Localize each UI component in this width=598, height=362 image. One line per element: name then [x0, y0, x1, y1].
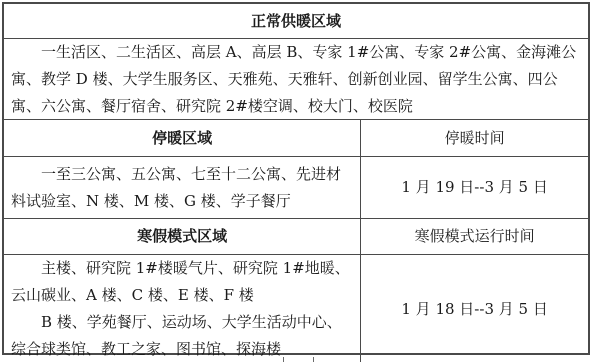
vacation-mode-area-header: 寒假模式区域 — [4, 219, 360, 254]
vacation-mode-areas-text-2: B 楼、学苑餐厅、运动场、大学生活动中心、综合球类馆、教工之家、图书馆、探海楼 — [11, 309, 353, 362]
stop-heating-time-text: 1 月 19 日--3 月 5 日 — [401, 174, 547, 201]
normal-heating-areas-text: 一生活区、二生活区、高层 A、高层 B、专家 1#公寓、专家 2#公寓、金海滩公… — [11, 39, 581, 120]
vacation-mode-time-header: 寒假模式运行时间 — [360, 219, 588, 254]
vacation-mode-data-row: 主楼、研究院 1#楼暖气片、研究院 1#地暖、云山碳业、A 楼、C 楼、E 楼、… — [4, 254, 588, 362]
vacation-mode-time-text: 1 月 18 日--3 月 5 日 — [401, 296, 547, 323]
stop-heating-areas-cell: 一至三公寓、五公寓、七至十二公寓、先进材料试验室、N 楼、M 楼、G 楼、学子餐… — [4, 157, 360, 218]
vacation-mode-header-row: 寒假模式区域 寒假模式运行时间 — [4, 218, 588, 254]
vacation-mode-areas-text-1: 主楼、研究院 1#楼暖气片、研究院 1#地暖、云山碳业、A 楼、C 楼、E 楼、… — [11, 255, 353, 309]
stop-heating-time-header: 停暖时间 — [360, 120, 588, 156]
normal-heating-header-row: 正常供暖区域 — [4, 4, 588, 38]
normal-heating-areas-cell: 一生活区、二生活区、高层 A、高层 B、专家 1#公寓、专家 2#公寓、金海滩公… — [4, 39, 588, 119]
stop-heating-data-row: 一至三公寓、五公寓、七至十二公寓、先进材料试验室、N 楼、M 楼、G 楼、学子餐… — [4, 156, 588, 218]
heating-notice-page: 正常供暖区域 一生活区、二生活区、高层 A、高层 B、专家 1#公寓、专家 2#… — [0, 0, 598, 362]
vacation-mode-areas-cell: 主楼、研究院 1#楼暖气片、研究院 1#地暖、云山碳业、A 楼、C 楼、E 楼、… — [4, 255, 360, 362]
cutoff-row-border-stub — [283, 357, 284, 362]
stop-heating-areas-text: 一至三公寓、五公寓、七至十二公寓、先进材料试验室、N 楼、M 楼、G 楼、学子餐… — [11, 161, 353, 215]
vacation-mode-time-cell: 1 月 18 日--3 月 5 日 — [360, 255, 588, 362]
stop-heating-header-row: 停暖区域 停暖时间 — [4, 119, 588, 156]
stop-heating-time-cell: 1 月 19 日--3 月 5 日 — [360, 157, 588, 218]
heating-schedule-table: 正常供暖区域 一生活区、二生活区、高层 A、高层 B、专家 1#公寓、专家 2#… — [2, 2, 590, 355]
normal-heating-areas-row: 一生活区、二生活区、高层 A、高层 B、专家 1#公寓、专家 2#公寓、金海滩公… — [4, 38, 588, 119]
normal-heating-header: 正常供暖区域 — [4, 4, 588, 38]
stop-heating-area-header: 停暖区域 — [4, 120, 360, 156]
cutoff-row-border-stub — [313, 357, 314, 362]
